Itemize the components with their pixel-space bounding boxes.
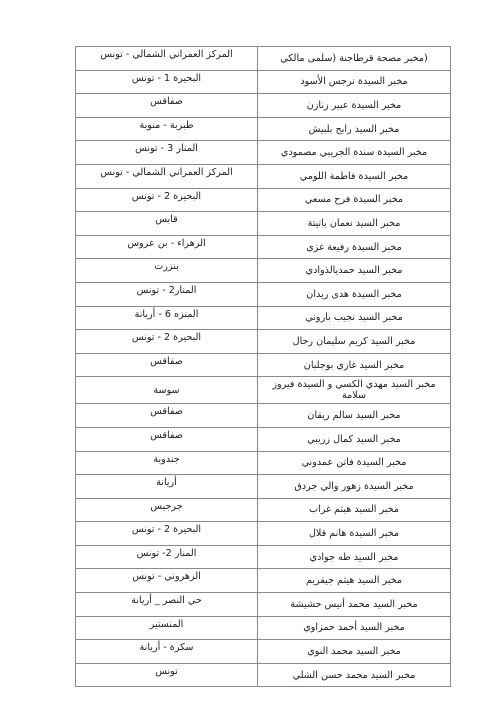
lab-name-cell: مخبر السيد رابح بلبيش	[258, 117, 451, 141]
lab-location-cell: جرجيس	[76, 498, 258, 522]
lab-location-cell: البحيرة 2 - تونس	[76, 188, 258, 212]
lab-location-cell: طبربة - منوبة	[76, 117, 258, 141]
table-row: مخبر السيد رابح بلبيشطبربة - منوبة	[76, 117, 451, 141]
lab-location-cell: البحيرة 2 - تونس	[76, 522, 258, 546]
lab-name-cell: مخبر السيد كمال زريبي	[258, 427, 451, 451]
lab-location-cell: البحيرة 1 - تونس	[76, 70, 258, 94]
lab-name-cell: مخبر السيدة هانم قلال	[258, 522, 451, 546]
lab-location-cell: المنستير	[76, 616, 258, 640]
table-row: مخبر السيدة فرح مسعيالبحيرة 2 - تونس	[76, 188, 451, 212]
table-row: مخبر السيدة عبير زنازنصفاقس	[76, 94, 451, 118]
lab-location-cell: تونس	[76, 663, 258, 687]
lab-location-cell: البحيرة 2 - تونس	[76, 330, 258, 354]
lab-location-cell: حي النصر _ أريانة	[76, 593, 258, 617]
lab-name-cell: مخبر السيد أحمد حمزاوي	[258, 616, 451, 640]
lab-name-cell: مخبر السيدة فاطمة اللومي	[258, 164, 451, 188]
lab-name-cell: مخبر السيد محمد أنيس حشيشة	[258, 593, 451, 617]
lab-name-cell: مخبر السيد سالم ريقان	[258, 404, 451, 428]
laboratories-table: (مخبر مصحة قرطاجنة (سلمى مالكيالمركز الع…	[75, 46, 451, 687]
lab-name-cell: مخبر السيد هيثم غراب	[258, 498, 451, 522]
lab-name-cell: مخبر السيد هيثم جيقريم	[258, 569, 451, 593]
table-row: مخبر السيد محمد أنيس حشيشةحي النصر _ أري…	[76, 593, 451, 617]
lab-location-cell: سكرة - أريانة	[76, 640, 258, 664]
table-row: (مخبر مصحة قرطاجنة (سلمى مالكيالمركز الع…	[76, 47, 451, 71]
lab-name-cell: مخبر السيدة سندة الجريبي مصمودي	[258, 141, 451, 165]
table-row: مخبر السيدة فاطمة اللوميالمركز العمراني …	[76, 164, 451, 188]
lab-location-cell: المنار2 - تونس	[76, 282, 258, 306]
lab-name-cell: مخبر السيدة نرجس الأسود	[258, 70, 451, 94]
lab-location-cell: المنار 2- تونس	[76, 545, 258, 569]
lab-name-cell: مخبر السيدة فرح مسعي	[258, 188, 451, 212]
table-row: مخبر السيدة نرجس الأسودالبحيرة 1 - تونس	[76, 70, 451, 94]
lab-location-cell: المركز العمراني الشمالي - تونس	[76, 47, 258, 71]
lab-name-cell: مخبر السيد حمديالذوادي	[258, 259, 451, 283]
table-row: مخبر السيد سالم ريقانصفاقس	[76, 404, 451, 428]
lab-name-cell: (مخبر مصحة قرطاجنة (سلمى مالكي	[258, 47, 451, 71]
lab-location-cell: صفاقس	[76, 427, 258, 451]
lab-location-cell: جندوبة	[76, 451, 258, 475]
table-row: مخبر السيد طه جواديالمنار 2- تونس	[76, 545, 451, 569]
table-row: مخبر السيد محمد حسن الشليتونس	[76, 663, 451, 687]
lab-location-cell: المنار 3 - تونس	[76, 141, 258, 165]
table-row: مخبر السيد نجيب بارونيالمنزه 6 - أريانة	[76, 306, 451, 330]
lab-location-cell: الزهراء - بن عروس	[76, 235, 258, 259]
table-row: مخبر السيدة زهور والي جردقأريانة	[76, 475, 451, 499]
lab-location-cell: الزهروني - تونس	[76, 569, 258, 593]
table-row: مخبر السيدة سندة الجريبي مصموديالمنار 3 …	[76, 141, 451, 165]
lab-location-cell: المنزه 6 - أريانة	[76, 306, 258, 330]
table-row: مخبر السيد أحمد حمزاويالمنستير	[76, 616, 451, 640]
lab-name-cell: مخبر السيدة عبير زنازن	[258, 94, 451, 118]
table-row: مخبر السيد هيثم غرابجرجيس	[76, 498, 451, 522]
lab-location-cell: صفاقس	[76, 353, 258, 377]
lab-name-cell: مخبر السيدة فاتن عمدوني	[258, 451, 451, 475]
table-row: مخبر السيدة هدى ريدانالمنار2 - تونس	[76, 282, 451, 306]
table-row: مخبر السيد مهدي الكسي و السيدة فيروز سلا…	[76, 377, 451, 404]
lab-location-cell: قابس	[76, 212, 258, 236]
lab-name-cell: مخبر السيدة هدى ريدان	[258, 282, 451, 306]
table-row: مخبر السيدة هانم قلالالبحيرة 2 - تونس	[76, 522, 451, 546]
lab-location-cell: أريانة	[76, 475, 258, 499]
laboratories-table-body: (مخبر مصحة قرطاجنة (سلمى مالكيالمركز الع…	[76, 47, 451, 687]
lab-name-cell: مخبر السيد غازي بوجلبان	[258, 353, 451, 377]
table-row: مخبر السيد هيثم جيقريمالزهروني - تونس	[76, 569, 451, 593]
lab-location-cell: صفاقس	[76, 404, 258, 428]
table-row: مخبر السيد كريم سليمان رحالالبحيرة 2 - ت…	[76, 330, 451, 354]
table-row: مخبر السيد كمال زريبيصفاقس	[76, 427, 451, 451]
table-row: مخبر السيد نعمان باتيتةقابس	[76, 212, 451, 236]
lab-name-cell: مخبر السيد مهدي الكسي و السيدة فيروز سلا…	[258, 377, 451, 404]
lab-name-cell: مخبر السيد محمد النوي	[258, 640, 451, 664]
table-row: مخبر السيد محمد النويسكرة - أريانة	[76, 640, 451, 664]
lab-location-cell: بنزرت	[76, 259, 258, 283]
table-row: مخبر السيدة رفيعة غزيالزهراء - بن عروس	[76, 235, 451, 259]
lab-name-cell: مخبر السيد محمد حسن الشلي	[258, 663, 451, 687]
lab-name-cell: مخبر السيدة رفيعة غزي	[258, 235, 451, 259]
table-row: مخبر السيدة فاتن عمدونيجندوبة	[76, 451, 451, 475]
lab-name-cell: مخبر السيد كريم سليمان رحال	[258, 330, 451, 354]
document-page: (مخبر مصحة قرطاجنة (سلمى مالكيالمركز الع…	[0, 0, 500, 707]
table-row: مخبر السيد غازي بوجلبانصفاقس	[76, 353, 451, 377]
lab-name-cell: مخبر السيد نجيب باروني	[258, 306, 451, 330]
lab-name-cell: مخبر السيد نعمان باتيتة	[258, 212, 451, 236]
lab-location-cell: سوسة	[76, 377, 258, 404]
lab-location-cell: صفاقس	[76, 94, 258, 118]
table-row: مخبر السيد حمديالذواديبنزرت	[76, 259, 451, 283]
lab-location-cell: المركز العمراني الشمالي - تونس	[76, 164, 258, 188]
lab-name-cell: مخبر السيد طه جوادي	[258, 545, 451, 569]
lab-name-cell: مخبر السيدة زهور والي جردق	[258, 475, 451, 499]
